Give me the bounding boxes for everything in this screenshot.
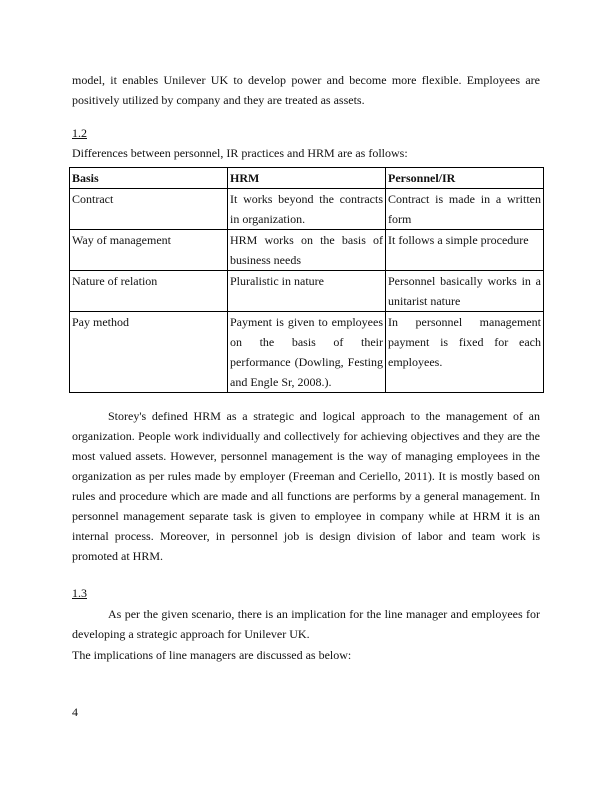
- storey-paragraph: Storey's defined HRM as a strategic and …: [72, 406, 540, 566]
- page-number: 4: [72, 705, 78, 720]
- cell-hrm: Pluralistic in nature: [228, 271, 386, 312]
- header-hrm: HRM: [228, 168, 386, 189]
- cell-personnel: Contract is made in a written form: [386, 189, 544, 230]
- cell-personnel: In personnel management payment is fixed…: [386, 312, 544, 393]
- cell-basis: Contract: [70, 189, 228, 230]
- cell-hrm: Payment is given to employees on the bas…: [228, 312, 386, 393]
- header-personnel: Personnel/IR: [386, 168, 544, 189]
- section-heading-1-2: 1.2: [72, 123, 540, 143]
- intro-line-2: positively utilized by company and they …: [72, 90, 540, 110]
- table-header-row: Basis HRM Personnel/IR: [70, 168, 544, 189]
- scenario-paragraph: As per the given scenario, there is an i…: [72, 604, 540, 644]
- cell-personnel: It follows a simple procedure: [386, 230, 544, 271]
- cell-basis: Pay method: [70, 312, 228, 393]
- table-row: Nature of relation Pluralistic in nature…: [70, 271, 544, 312]
- cell-basis: Way of management: [70, 230, 228, 271]
- cell-hrm: HRM works on the basis of business needs: [228, 230, 386, 271]
- cell-hrm: It works beyond the contracts in organiz…: [228, 189, 386, 230]
- section-heading-1-3: 1.3: [72, 583, 540, 603]
- header-basis: Basis: [70, 168, 228, 189]
- implications-line: The implications of line managers are di…: [72, 645, 540, 665]
- cell-personnel: Personnel basically works in a unitarist…: [386, 271, 544, 312]
- table-row: Contract It works beyond the contracts i…: [70, 189, 544, 230]
- intro-paragraph: model, it enables Unilever UK to develop…: [72, 70, 540, 110]
- cell-basis: Nature of relation: [70, 271, 228, 312]
- intro-line-1: model, it enables Unilever UK to develop…: [72, 70, 540, 90]
- table-row: Way of management HRM works on the basis…: [70, 230, 544, 271]
- section-lead: Differences between personnel, IR practi…: [72, 143, 540, 163]
- table-row: Pay method Payment is given to employees…: [70, 312, 544, 393]
- comparison-table: Basis HRM Personnel/IR Contract It works…: [69, 167, 544, 393]
